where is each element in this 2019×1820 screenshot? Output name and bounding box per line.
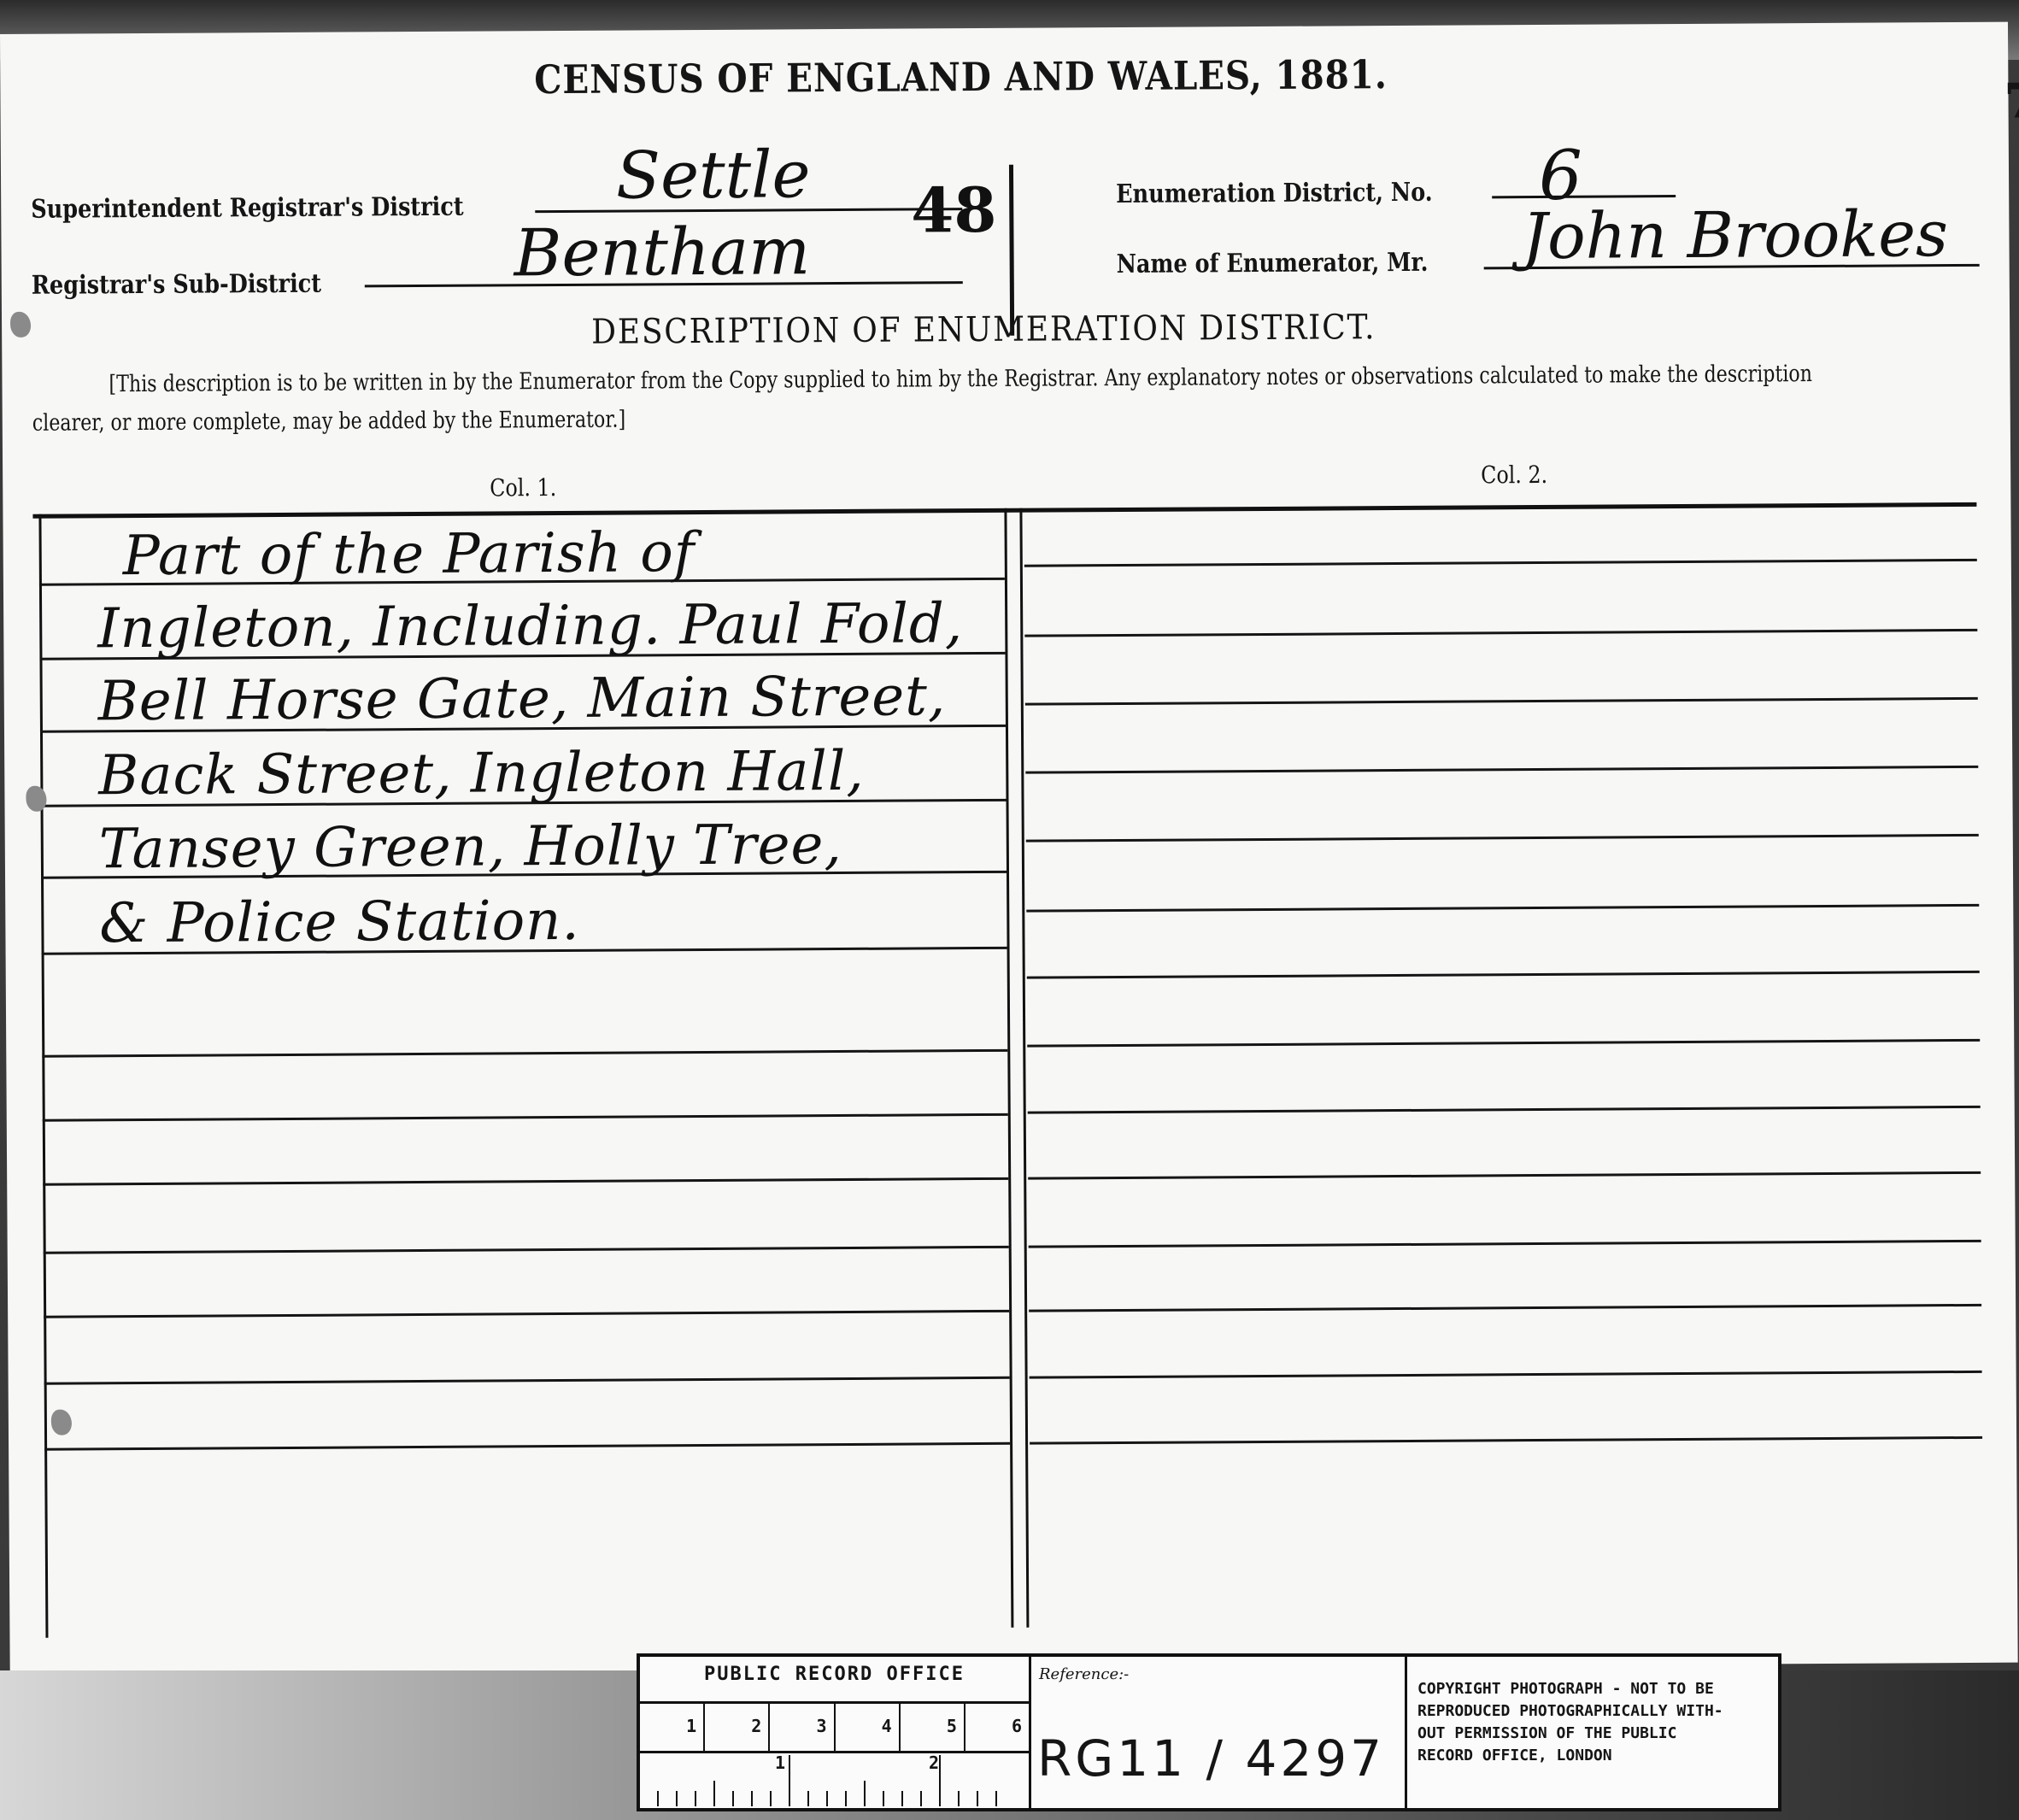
pro-cell: 1 [640,1704,705,1751]
copyright-notice: COPYRIGHT PHOTOGRAPH - NOT TO BE REPRODU… [1417,1678,1768,1767]
page-title: CENSUS OF ENGLAND AND WALES, 1881. [534,51,1388,103]
sub-district-value: Bentham [514,213,810,291]
ruler-tick [732,1791,734,1806]
col1-line: Tansey Green, Holly Tree, [99,813,842,881]
reference-value: RG11 / 4297 [1037,1729,1385,1788]
census-page: CENSUS OF ENGLAND AND WALES, 1881. 7 Sup… [0,22,2018,1675]
col1-line: Ingleton, Including. Paul Fold, [97,592,963,660]
sub-district-label: Registrar's Sub-District [32,269,321,301]
row-line [1029,1240,1981,1248]
pro-number-cells: 1 2 3 4 5 6 [640,1701,1029,1753]
col1-header: Col. 1. [490,473,556,502]
row-line [43,1177,1008,1186]
ruler-tick [770,1791,772,1806]
row-line [1029,1304,1981,1312]
row-line [1028,1106,1981,1114]
row-line [1025,766,1978,774]
row-line [1024,559,1977,567]
col1-line: & Police Station. [99,889,580,955]
instructions-line-2: clearer, or more complete, may be added … [32,407,626,437]
superintendent-district-value: Settle [616,136,811,213]
ruler-tick [845,1791,847,1806]
row-line [1030,1371,1982,1379]
superintendent-district-label: Superintendent Registrar's District [31,192,464,225]
copyright-line: OUT PERMISSION OF THE PUBLIC [1417,1723,1768,1745]
row-line [44,1442,1010,1451]
column-divider-2 [1019,508,1029,1628]
ruler-tick [807,1791,809,1806]
row-line [44,1377,1010,1385]
row-line [42,1049,1007,1058]
col2-header: Col. 2. [1481,461,1547,489]
col1-line: Bell Horse Gate, Main Street, [98,665,947,733]
pro-panel: PUBLIC RECORD OFFICE 1 2 3 4 5 6 1 2 [640,1657,1031,1808]
enumeration-district-line [1492,195,1676,198]
ruler-tick [751,1791,753,1806]
ruler-tick [995,1791,997,1806]
pro-reference-stamp: PUBLIC RECORD OFFICE 1 2 3 4 5 6 1 2 [637,1653,1781,1811]
section-title: DESCRIPTION OF ENUMERATION DISTRICT. [591,308,1376,352]
reference-panel: Reference:- RG11 / 4297 [1029,1657,1407,1808]
row-line [1026,834,1979,842]
page-number: 7 [2004,73,2019,129]
col1-line: Back Street, Ingleton Hall, [98,740,865,807]
row-line [43,1113,1008,1122]
pro-cell: 2 [705,1704,770,1751]
enumerator-value: John Brookes [1522,197,1948,273]
blot-mark [10,312,31,338]
ruler-tick [977,1791,978,1806]
copyright-line: RECORD OFFICE, LONDON [1417,1745,1768,1767]
pro-cell: 5 [901,1704,965,1751]
row-line [1026,904,1979,913]
enumeration-district-label: Enumeration District, No. [1116,178,1433,209]
ruler-tick [826,1791,828,1806]
reference-label: Reference:- [1039,1665,1129,1683]
column-divider-1 [1004,508,1013,1628]
pro-cell: 3 [770,1704,835,1751]
ruler-tick [676,1791,678,1806]
blot-mark [26,786,46,812]
pro-title: PUBLIC RECORD OFFICE [640,1664,1029,1685]
row-line [1030,1436,1982,1445]
ruler-tick [695,1791,696,1806]
ruler-tick [657,1791,659,1806]
pro-cell: 6 [965,1704,1029,1751]
ruler-tick [939,1755,941,1806]
row-line [44,1246,1009,1254]
ruler-tick [958,1791,960,1806]
row-line [1027,971,1980,979]
enumerator-label: Name of Enumerator, Mr. [1117,248,1429,279]
ruler-tick [883,1791,884,1806]
row-line [1027,1039,1980,1048]
instructions-line-1: [This description is to be written in by… [109,361,1812,397]
blot-mark [51,1410,72,1435]
ruler-scale: 1 2 [640,1751,1029,1806]
row-line [1024,629,1977,637]
col1-line: Part of the Parish of [123,521,695,588]
row-line [1025,697,1978,706]
scale-label: 1 [775,1752,785,1773]
annotation-number: 48 [911,173,997,247]
copyright-line: REPRODUCED PHOTOGRAPHICALLY WITH- [1417,1700,1768,1723]
copyright-line: COPYRIGHT PHOTOGRAPH - NOT TO BE [1417,1678,1768,1700]
row-line [44,1310,1009,1318]
scale-label: 2 [929,1752,939,1773]
ruler-tick [713,1781,715,1806]
ruler-tick [864,1781,866,1806]
ruler-tick [901,1791,903,1806]
table-left-border [38,514,48,1638]
ruler-tick [920,1791,922,1806]
row-line [1028,1171,1981,1180]
pro-cell: 4 [836,1704,901,1751]
ruler-tick [789,1755,790,1806]
